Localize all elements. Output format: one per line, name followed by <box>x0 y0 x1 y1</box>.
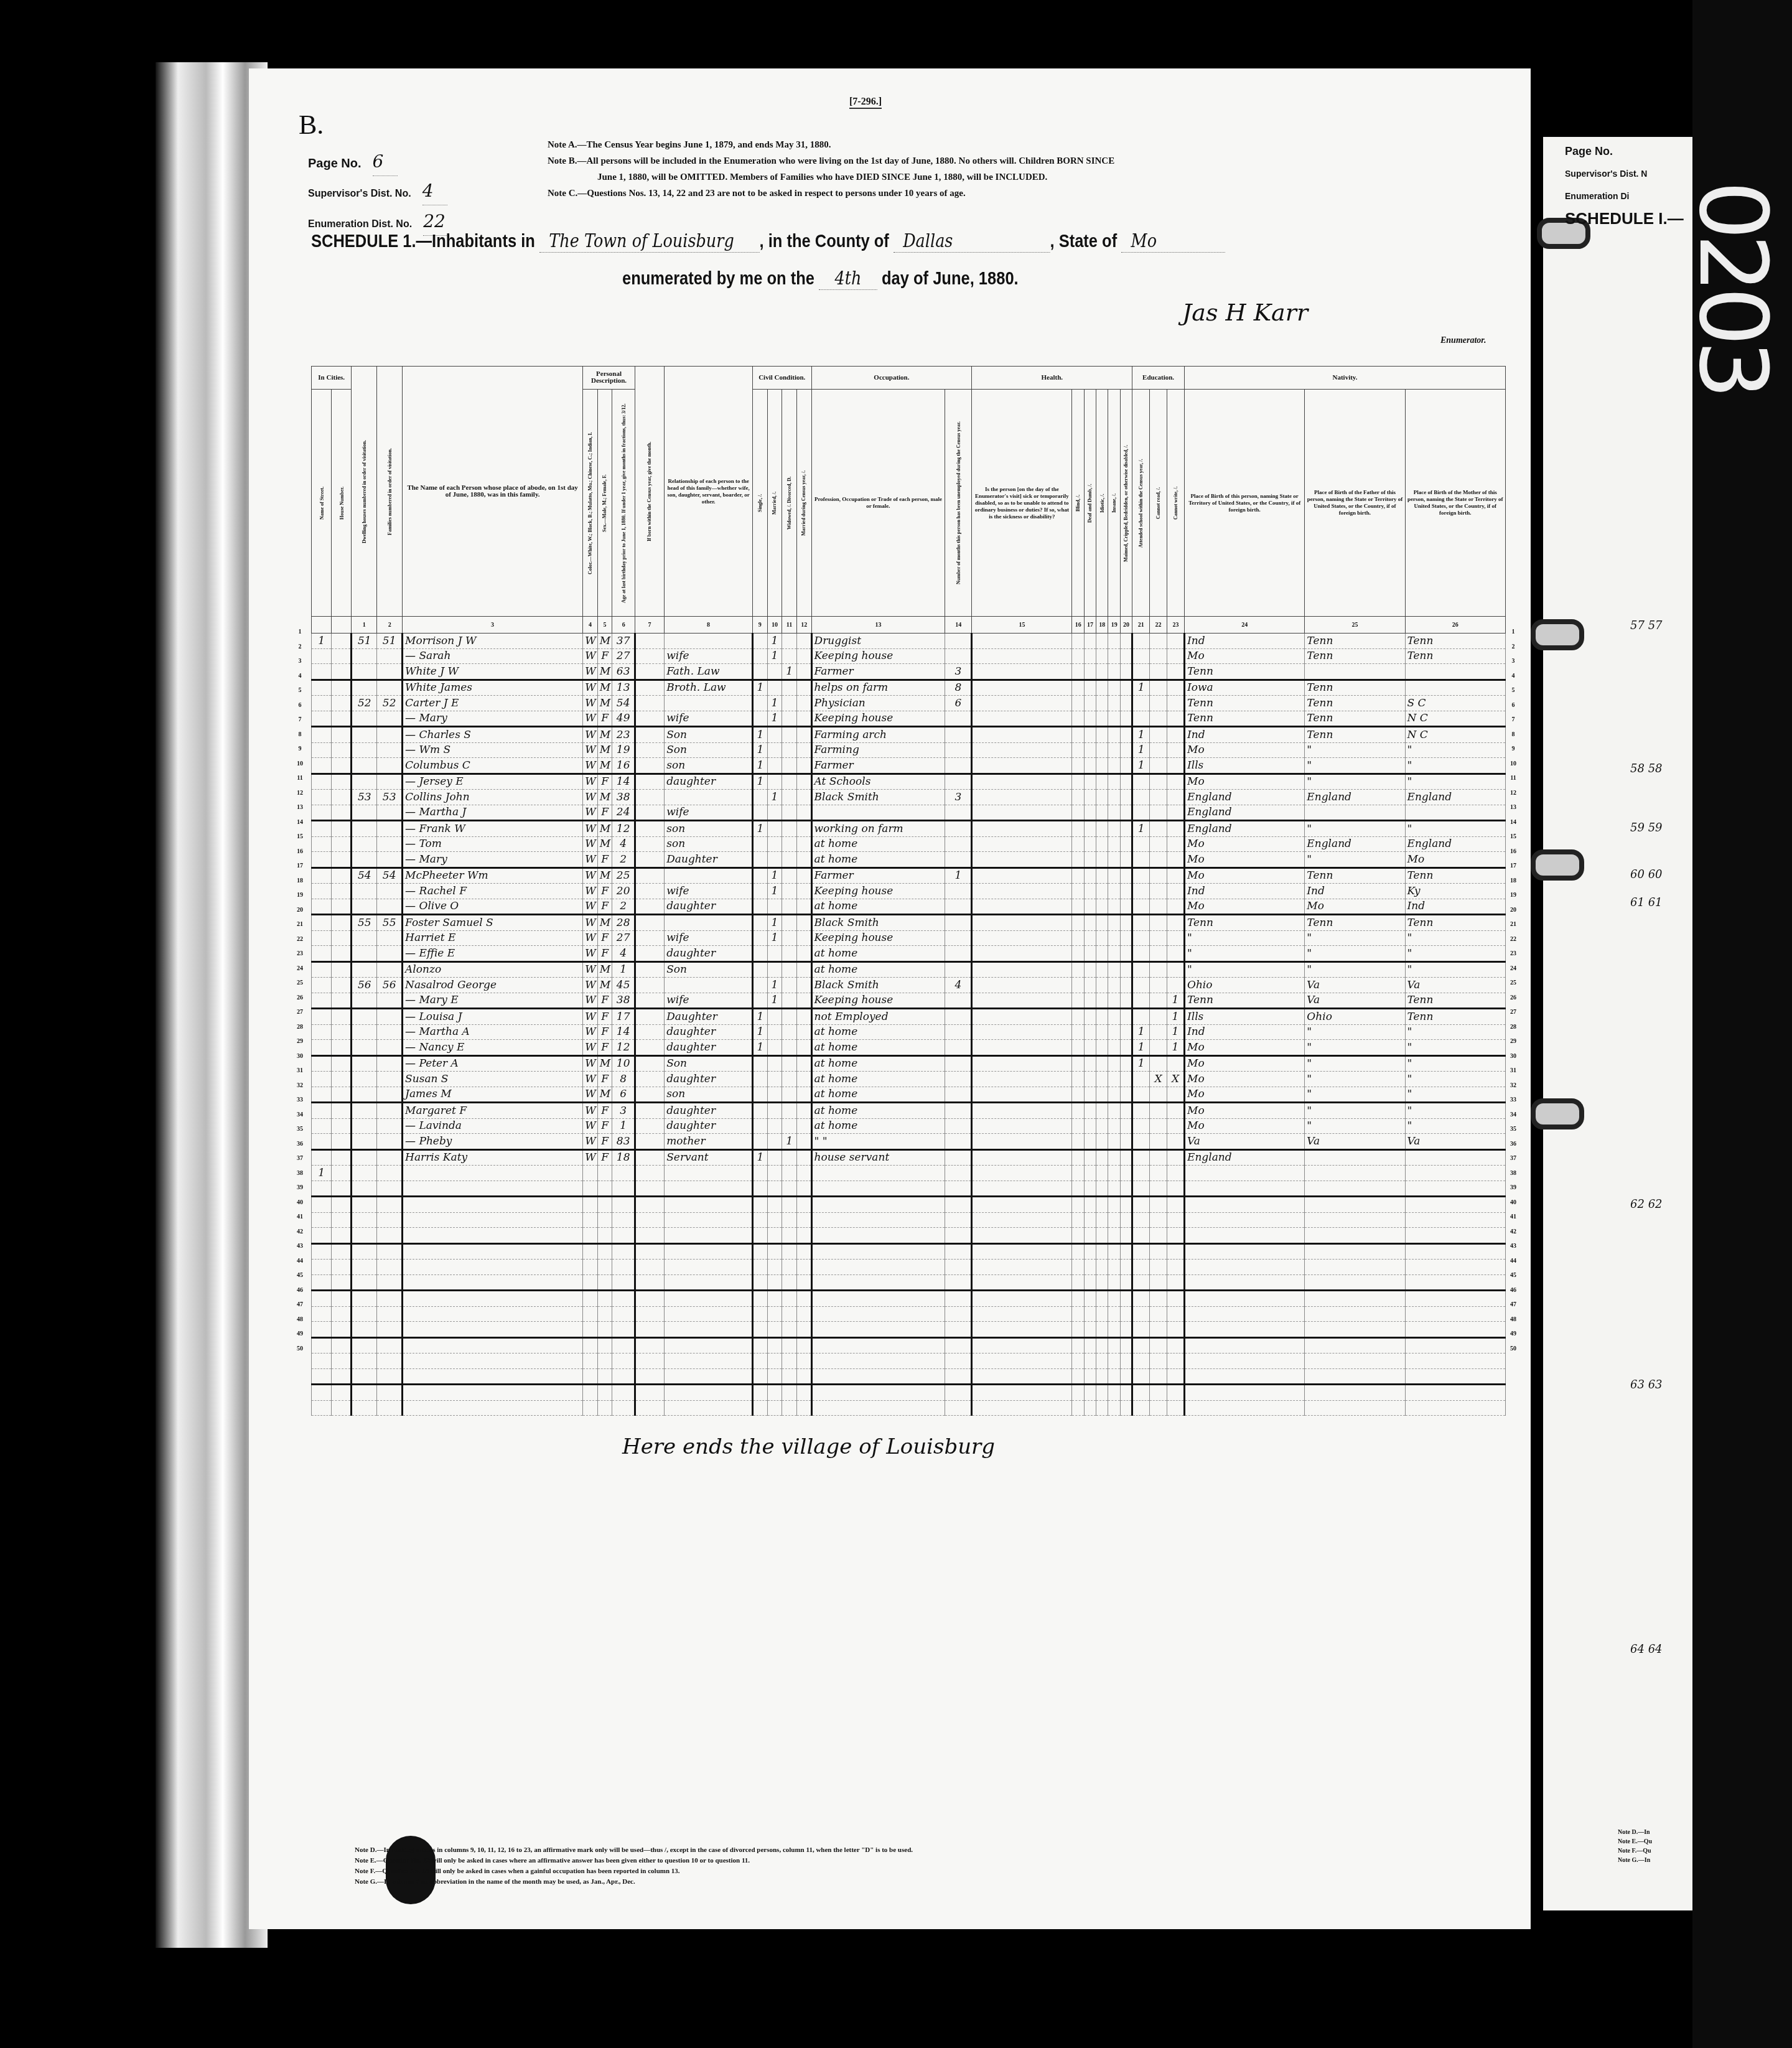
cell-unemployed <box>945 1040 972 1056</box>
cell-empty <box>1084 899 1096 915</box>
cell-street <box>312 1306 332 1322</box>
cell-empty <box>332 1368 352 1385</box>
cell-empty <box>972 915 1072 931</box>
cell-empty <box>1108 930 1120 946</box>
census-table: In Cities. Dwelling houses numbered in o… <box>311 366 1506 1416</box>
cell-married <box>767 1260 782 1275</box>
note-b: Note B.—All persons will be included in … <box>548 153 1462 169</box>
cell-empty <box>972 1354 1072 1369</box>
cell-empty <box>332 1212 352 1228</box>
cell-single <box>753 1306 768 1322</box>
col-20-header: Maimed, Crippled, Bedridden, or otherwis… <box>1120 390 1132 617</box>
cell-cant-read: X <box>1150 1072 1167 1087</box>
column-number: 25 <box>1305 617 1405 634</box>
line-number: 39 <box>1506 1181 1521 1195</box>
line-number: 45 <box>1506 1268 1521 1283</box>
cell-empty <box>972 1040 1072 1056</box>
cell-cant-read <box>1150 1368 1167 1385</box>
cell-family <box>377 1243 403 1260</box>
cell-sex: F <box>597 884 612 899</box>
cell-empty <box>1108 915 1120 931</box>
col-6-header: Age at last birthday prior to June 1, 18… <box>612 390 635 617</box>
cell-empty <box>1120 1400 1132 1416</box>
cell-single <box>753 899 768 915</box>
cell-family: 51 <box>377 634 403 649</box>
cell-empty <box>796 711 811 727</box>
cell-name: — Lavinda <box>403 1118 583 1134</box>
line-number: 32 <box>292 1078 307 1093</box>
adjacent-entry: 61 61 <box>1630 896 1663 909</box>
cell-empty <box>635 1040 664 1056</box>
cell-birthplace: England <box>1184 821 1304 837</box>
col-15-header: Is the person [on the day of the Enumera… <box>972 390 1072 617</box>
cell-occupation <box>811 1228 945 1244</box>
cell-cant-read <box>1150 1306 1167 1322</box>
cell-dwelling <box>352 1197 377 1213</box>
cell-mother-birth <box>1405 1166 1506 1181</box>
cell-empty <box>1108 648 1120 664</box>
line-number: 39 <box>292 1181 307 1195</box>
cell-widowed <box>782 1024 797 1040</box>
cell-empty <box>1120 774 1132 790</box>
cell-occupation: at home <box>811 1055 945 1072</box>
cell-school <box>1132 1337 1150 1354</box>
line-number: 45 <box>292 1268 307 1283</box>
cell-occupation: Black Smith <box>811 978 945 993</box>
cell-empty <box>1072 867 1084 884</box>
cell-married <box>767 1055 782 1072</box>
cell-single <box>753 1337 768 1354</box>
cell-relation: Son <box>665 961 753 978</box>
cell-empty <box>1108 836 1120 852</box>
table-row <box>312 1243 1506 1260</box>
cell-name: — Tom <box>403 836 583 852</box>
cell-relation <box>665 1291 753 1307</box>
cell-occupation: at home <box>811 1118 945 1134</box>
cell-single <box>753 790 768 805</box>
cell-birthplace <box>1184 1212 1304 1228</box>
cell-street <box>312 1197 332 1213</box>
cell-single: 1 <box>753 1009 768 1025</box>
cell-empty <box>1072 758 1084 774</box>
cell-empty <box>972 1243 1072 1260</box>
col-street-header: Name of Street. <box>312 390 332 617</box>
cell-occupation: working on farm <box>811 821 945 837</box>
cell-empty <box>972 930 1072 946</box>
cell-unemployed <box>945 915 972 931</box>
cell-empty <box>796 634 811 649</box>
cell-empty <box>1096 1354 1108 1369</box>
cell-father-birth: " <box>1305 930 1405 946</box>
binding-ring-icon <box>1531 619 1584 650</box>
cell-cant-read <box>1150 1228 1167 1244</box>
cell-empty <box>972 1400 1072 1416</box>
cell-empty <box>635 1306 664 1322</box>
adjacent-note-d: Note D.—In <box>1618 1828 1652 1837</box>
cell-cant-write <box>1167 961 1185 978</box>
cell-empty <box>1096 1040 1108 1056</box>
cell-street <box>312 1212 332 1228</box>
cell-mother-birth: Va <box>1405 978 1506 993</box>
cell-empty <box>635 1400 664 1416</box>
cell-sex: F <box>597 1024 612 1040</box>
cell-mother-birth: " <box>1405 742 1506 758</box>
cell-empty <box>1072 774 1084 790</box>
cell-empty <box>1120 852 1132 868</box>
line-number: 14 <box>1506 815 1521 830</box>
cell-color: W <box>583 1024 598 1040</box>
cell-empty <box>635 1103 664 1119</box>
cell-mother-birth: " <box>1405 774 1506 790</box>
cell-name: Foster Samuel S <box>403 915 583 931</box>
cell-empty <box>796 1197 811 1213</box>
line-number: 14 <box>292 815 307 830</box>
cell-empty <box>1084 1322 1096 1338</box>
cell-empty <box>1120 1024 1132 1040</box>
cell-cant-read <box>1150 664 1167 680</box>
cell-color: W <box>583 790 598 805</box>
cell-family <box>377 899 403 915</box>
column-number: 26 <box>1405 617 1506 634</box>
cell-empty <box>796 1040 811 1056</box>
cell-family <box>377 1072 403 1087</box>
cell-cant-read <box>1150 727 1167 743</box>
cell-empty <box>1108 1243 1120 1260</box>
cell-father-birth <box>1305 1228 1405 1244</box>
cell-sex: F <box>597 1134 612 1150</box>
cell-empty <box>1096 1274 1108 1291</box>
cell-color: W <box>583 978 598 993</box>
cell-empty <box>635 774 664 790</box>
cell-empty <box>1108 680 1120 696</box>
cell-family <box>377 1400 403 1416</box>
cell-empty <box>1120 696 1132 711</box>
cell-family <box>377 1087 403 1103</box>
line-number: 40 <box>1506 1195 1521 1210</box>
cell-married <box>767 1009 782 1025</box>
cell-empty <box>1096 1166 1108 1181</box>
cell-cant-write <box>1167 1306 1185 1322</box>
cell-dwelling <box>352 1009 377 1025</box>
col-12-header: Married during Census year, /. <box>796 390 811 617</box>
cell-street <box>312 884 332 899</box>
cell-unemployed <box>945 1009 972 1025</box>
cell-empty <box>1120 1354 1132 1369</box>
cell-dwelling <box>352 1385 377 1401</box>
table-row: — TomWM4sonat homeMoEnglandEngland <box>312 836 1506 852</box>
cell-color <box>583 1274 598 1291</box>
cell-widowed <box>782 1243 797 1260</box>
cell-single <box>753 1055 768 1072</box>
cell-cant-read <box>1150 946 1167 962</box>
cell-empty <box>1096 836 1108 852</box>
cell-occupation: Keeping house <box>811 884 945 899</box>
cell-cant-write <box>1167 1055 1185 1072</box>
cell-empty <box>796 1228 811 1244</box>
line-number: 6 <box>292 698 307 713</box>
cell-married <box>767 1337 782 1354</box>
note-d: Note D.—In making entries in columns 9, … <box>355 1845 1288 1856</box>
cell-empty <box>796 1354 811 1369</box>
cell-name <box>403 1166 583 1181</box>
cell-empty <box>1072 1385 1084 1401</box>
cell-dwelling <box>352 1368 377 1385</box>
table-row: James MWM6sonat homeMo"" <box>312 1087 1506 1103</box>
cell-sex: M <box>597 790 612 805</box>
line-number: 26 <box>1506 991 1521 1006</box>
cell-age <box>612 1291 635 1307</box>
cell-single <box>753 961 768 978</box>
note-g: Note G.—In column 7 an abbreviation in t… <box>355 1877 1288 1887</box>
cell-cant-write <box>1167 1260 1185 1275</box>
cell-empty <box>1072 711 1084 727</box>
cell-relation: Daughter <box>665 852 753 868</box>
cell-married <box>767 1103 782 1119</box>
cell-birthplace: " <box>1184 930 1304 946</box>
cell-mother-birth <box>1405 1291 1506 1307</box>
cell-empty <box>972 1228 1072 1244</box>
cell-empty <box>972 1385 1072 1401</box>
cell-empty <box>1120 836 1132 852</box>
cell-relation: wife <box>665 648 753 664</box>
cell-widowed <box>782 648 797 664</box>
cell-age: 16 <box>612 758 635 774</box>
cell-empty <box>1072 884 1084 899</box>
cell-family <box>377 993 403 1009</box>
cell-empty <box>635 1274 664 1291</box>
cell-color: W <box>583 961 598 978</box>
column-number: 11 <box>782 617 797 634</box>
cell-empty <box>1072 978 1084 993</box>
cell-school <box>1132 1291 1150 1307</box>
cell-unemployed <box>945 805 972 821</box>
cell-street <box>312 1368 332 1385</box>
cell-street <box>312 1337 332 1354</box>
cell-empty <box>796 790 811 805</box>
cell-widowed <box>782 727 797 743</box>
cell-relation <box>665 1306 753 1322</box>
cell-color: W <box>583 821 598 837</box>
cell-cant-write <box>1167 696 1185 711</box>
cell-school <box>1132 1072 1150 1087</box>
cell-birthplace: Tenn <box>1184 664 1304 680</box>
cell-empty <box>972 1212 1072 1228</box>
cell-empty <box>332 993 352 1009</box>
cell-empty <box>332 961 352 978</box>
cell-sex: M <box>597 867 612 884</box>
cell-unemployed <box>945 1337 972 1354</box>
cell-single <box>753 1228 768 1244</box>
cell-birthplace: Ind <box>1184 1024 1304 1040</box>
cell-birthplace: Ind <box>1184 634 1304 649</box>
cell-empty <box>635 915 664 931</box>
cell-birthplace: Ohio <box>1184 978 1304 993</box>
cell-cant-read <box>1150 993 1167 1009</box>
cell-occupation: at home <box>811 1072 945 1087</box>
cell-married: 1 <box>767 790 782 805</box>
cell-mother-birth: " <box>1405 1072 1506 1087</box>
cell-school <box>1132 930 1150 946</box>
cell-empty <box>1108 790 1120 805</box>
cell-school <box>1132 1260 1150 1275</box>
line-number: 31 <box>1506 1064 1521 1078</box>
table-row <box>312 1197 1506 1213</box>
cell-cant-write <box>1167 634 1185 649</box>
cell-empty <box>1108 805 1120 821</box>
cell-birthplace <box>1184 1181 1304 1197</box>
cell-relation: Broth. Law <box>665 680 753 696</box>
cell-occupation <box>811 1337 945 1354</box>
table-row: — Olive OWF2daughterat homeMoMoInd <box>312 899 1506 915</box>
cell-school <box>1132 1103 1150 1119</box>
cell-father-birth: England <box>1305 836 1405 852</box>
table-row: Columbus CWM16son1Farmer1Ills"" <box>312 758 1506 774</box>
cell-age: 2 <box>612 899 635 915</box>
cell-family: 54 <box>377 867 403 884</box>
line-number: 50 <box>1506 1342 1521 1357</box>
census-rows: 15151Morrison J WWM371DruggistIndTennTen… <box>312 634 1506 1416</box>
cell-single <box>753 648 768 664</box>
cell-school <box>1132 1087 1150 1103</box>
cell-mother-birth <box>1405 1181 1506 1197</box>
cell-mother-birth <box>1405 1354 1506 1369</box>
cell-age: 8 <box>612 1072 635 1087</box>
cell-empty <box>635 1149 664 1166</box>
cell-father-birth <box>1305 1322 1405 1338</box>
cell-name <box>403 1306 583 1322</box>
cell-empty <box>332 1103 352 1119</box>
cell-widowed <box>782 1400 797 1416</box>
cell-empty <box>1096 696 1108 711</box>
cell-family <box>377 1228 403 1244</box>
cell-empty <box>1072 727 1084 743</box>
line-number: 28 <box>1506 1020 1521 1035</box>
cell-empty <box>1072 1149 1084 1166</box>
cell-empty <box>1120 1260 1132 1275</box>
cell-relation <box>665 1385 753 1401</box>
cell-married <box>767 1322 782 1338</box>
cell-empty <box>1084 1055 1096 1072</box>
cell-empty <box>1120 1103 1132 1119</box>
cell-married <box>767 1291 782 1307</box>
cell-empty <box>796 899 811 915</box>
cell-unemployed <box>945 1103 972 1119</box>
cell-occupation: at home <box>811 1024 945 1040</box>
line-number: 3 <box>292 654 307 669</box>
cell-birthplace: Mo <box>1184 852 1304 868</box>
cell-color <box>583 1243 598 1260</box>
cell-family <box>377 961 403 978</box>
cell-relation <box>665 1260 753 1275</box>
table-row: — PhebyWF83mother1" "VaVaVa <box>312 1134 1506 1150</box>
cell-empty <box>1084 993 1096 1009</box>
cell-dwelling <box>352 1354 377 1369</box>
cell-color: W <box>583 1040 598 1056</box>
table-row: — MaryWF2Daughterat homeMo"Mo <box>312 852 1506 868</box>
cell-married <box>767 1134 782 1150</box>
column-number: 6 <box>612 617 635 634</box>
adjacent-supervisor: Supervisor's Dist. N <box>1565 162 1684 185</box>
cell-mother-birth <box>1405 1306 1506 1322</box>
cell-cant-read <box>1150 1118 1167 1134</box>
cell-empty <box>1072 790 1084 805</box>
cell-color <box>583 1322 598 1338</box>
cell-birthplace: Mo <box>1184 1072 1304 1087</box>
cell-sex: F <box>597 1040 612 1056</box>
cell-married <box>767 1274 782 1291</box>
cell-cant-read <box>1150 680 1167 696</box>
line-number: 30 <box>292 1049 307 1064</box>
cell-birthplace <box>1184 1291 1304 1307</box>
cell-empty <box>972 1024 1072 1040</box>
cell-age <box>612 1306 635 1322</box>
cell-empty <box>1120 1385 1132 1401</box>
cell-birthplace <box>1184 1400 1304 1416</box>
cell-birthplace <box>1184 1368 1304 1385</box>
cell-age <box>612 1197 635 1213</box>
cell-father-birth: Tenn <box>1305 711 1405 727</box>
cell-empty <box>635 1009 664 1025</box>
cell-family <box>377 805 403 821</box>
column-number: 9 <box>753 617 768 634</box>
cell-relation: Fath. Law <box>665 664 753 680</box>
cell-married <box>767 1040 782 1056</box>
cell-empty <box>1084 1181 1096 1197</box>
cell-empty <box>796 867 811 884</box>
cell-color: W <box>583 915 598 931</box>
cell-father-birth <box>1305 1306 1405 1322</box>
cell-occupation <box>811 1166 945 1181</box>
cell-mother-birth <box>1405 1385 1506 1401</box>
cell-name: — Martha J <box>403 805 583 821</box>
line-number: 2 <box>1506 640 1521 655</box>
cell-color <box>583 1291 598 1307</box>
cell-cant-write <box>1167 1354 1185 1369</box>
cell-cant-read <box>1150 1354 1167 1369</box>
cell-relation <box>665 1400 753 1416</box>
cell-empty <box>796 1260 811 1275</box>
cell-empty <box>635 930 664 946</box>
cell-empty <box>1084 852 1096 868</box>
table-row: — MaryWF49wife1Keeping houseTennTennN C <box>312 711 1506 727</box>
cell-family <box>377 946 403 962</box>
cell-birthplace: England <box>1184 1149 1304 1166</box>
cell-street <box>312 1149 332 1166</box>
supervisor-value: 4 <box>422 177 447 205</box>
cell-sex: F <box>597 711 612 727</box>
cell-cant-write <box>1167 836 1185 852</box>
cell-dwelling <box>352 884 377 899</box>
cell-widowed <box>782 961 797 978</box>
cell-empty <box>1120 1166 1132 1181</box>
cell-age: 63 <box>612 664 635 680</box>
cell-name: Susan S <box>403 1072 583 1087</box>
cell-single <box>753 1118 768 1134</box>
cell-empty <box>796 915 811 931</box>
cell-unemployed <box>945 1322 972 1338</box>
cell-empty <box>332 1385 352 1401</box>
cell-empty <box>1072 1072 1084 1087</box>
cell-empty <box>1120 915 1132 931</box>
cell-family <box>377 836 403 852</box>
cell-married: 1 <box>767 930 782 946</box>
cell-empty <box>1108 1400 1120 1416</box>
cell-empty <box>1108 946 1120 962</box>
line-number: 3 <box>1506 654 1521 669</box>
cell-street <box>312 978 332 993</box>
cell-dwelling <box>352 1337 377 1354</box>
cell-widowed <box>782 696 797 711</box>
